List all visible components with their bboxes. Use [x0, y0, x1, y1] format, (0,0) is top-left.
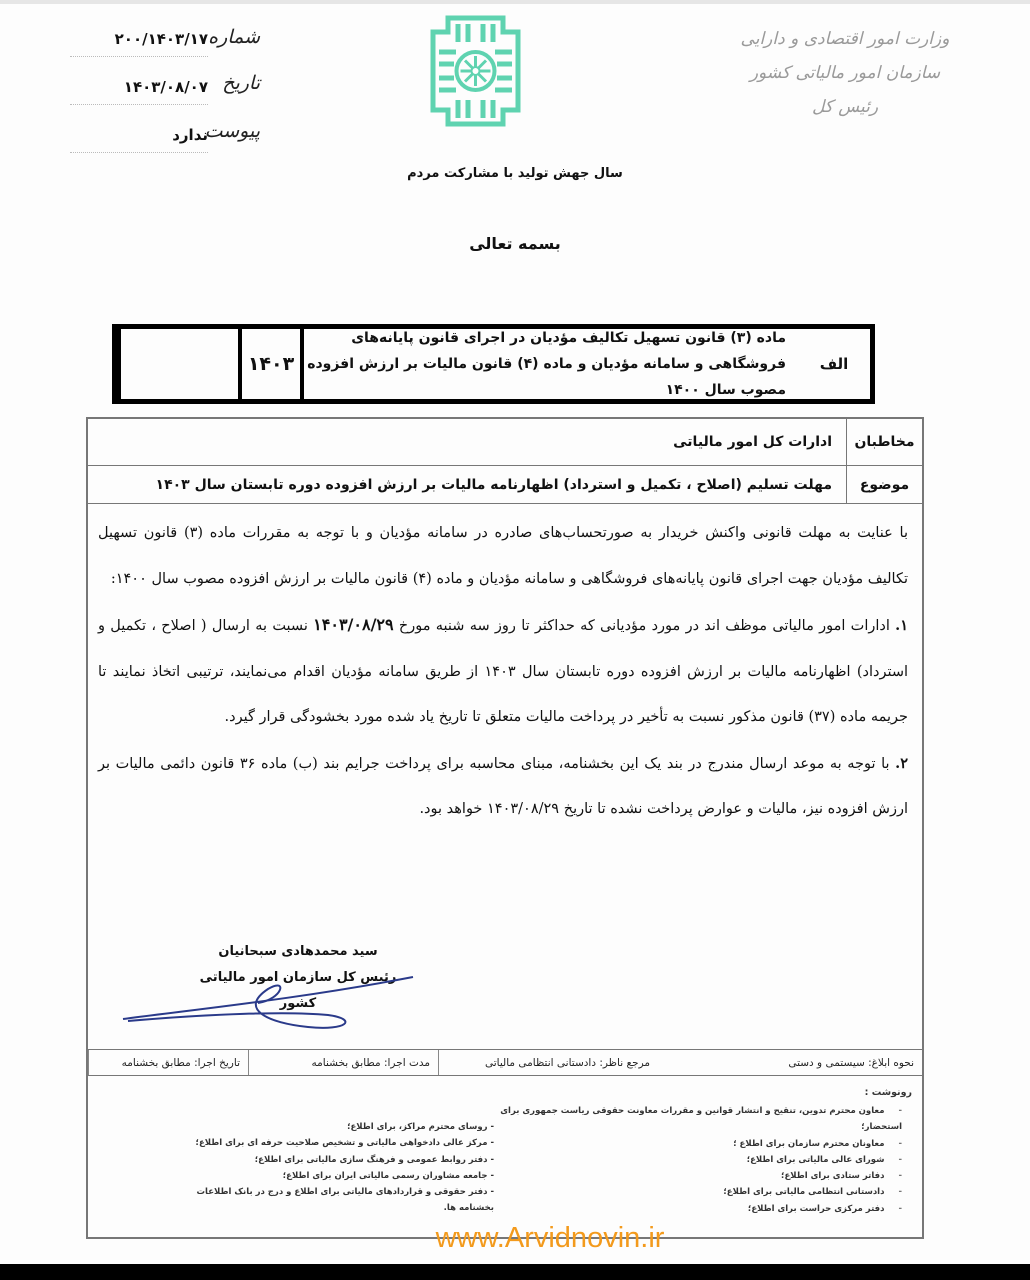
notification-method: نحوه ابلاغ: سیستمی و دستی [658, 1050, 922, 1075]
cc-item: دفتر مرکزی حراست برای اطلاع؛ [482, 1201, 902, 1217]
bottom-edge [0, 1264, 1030, 1280]
item-1: ۱. ادارات امور مالیاتی موظف اند در مورد … [98, 602, 908, 741]
letter-frame: مخاطبان ادارات کل امور مالیاتی موضوع مهل… [86, 417, 924, 1239]
item-2-text: با توجه به موعد ارسال مندرج در بند یک ای… [98, 756, 908, 818]
cc-item: مرکز عالی دادخواهی مالیاتی و تشخیص صلاحی… [194, 1135, 494, 1151]
intro-paragraph: با عنایت به مهلت قانونی واکنش خریدار به … [98, 511, 908, 602]
cc-list-left: روسای محترم مراکز، برای اطلاع؛ مرکز عالی… [194, 1119, 494, 1217]
execution-date: تاریخ اجرا: مطابق بخشنامه [88, 1050, 248, 1075]
execution-period: مدت اجرا: مطابق بخشنامه [248, 1050, 438, 1075]
meta-date-value: ۱۴۰۳/۰۸/۰۷ [124, 78, 208, 96]
cc-item: دادستانی انتظامی مالیاتی برای اطلاع؛ [482, 1184, 902, 1200]
cc-title: رونوشت : [865, 1087, 912, 1098]
website-watermark: www.Arvidnovin.ir [0, 1222, 1030, 1255]
item-1-deadline: ۱۴۰۳/۰۸/۲۹ [313, 615, 393, 634]
subject-value: مهلت تسلیم (اصلاح ، تکمیل و استرداد) اظه… [156, 466, 832, 503]
item-2: ۲. با توجه به موعد ارسال مندرج در بند یک… [98, 741, 908, 833]
subject-row: موضوع مهلت تسلیم (اصلاح ، تکمیل و استردا… [88, 466, 922, 504]
addressee-label: مخاطبان [846, 419, 922, 465]
circular-title-table: ۱۴۰۳ ماده (۳) قانون تسهیل تکالیف مؤدیان … [112, 324, 875, 404]
meta-attachment-value: ندارد [172, 126, 208, 144]
cc-item: معاون محترم تدوین، تنقیح و انتشار قوانین… [482, 1103, 902, 1136]
title-table-empty-cell [117, 329, 238, 399]
meta-attachment-label: پیوست [205, 120, 260, 142]
ministry-line: وزارت امور اقتصادی و دارایی [730, 22, 960, 56]
subject-label: موضوع [846, 466, 922, 503]
meta-attachment: پیوست ندارد [70, 118, 260, 166]
addressee-value: ادارات کل امور مالیاتی [673, 419, 832, 465]
execution-info-row: تاریخ اجرا: مطابق بخشنامه مدت اجرا: مطاب… [88, 1049, 922, 1076]
meta-number: شماره ۲۰۰/۱۴۰۳/۱۷ [70, 22, 260, 70]
cc-item: دفتر حقوقی و قراردادهای مالیاتی برای اطل… [194, 1184, 494, 1217]
cc-item: معاونان محترم سازمان برای اطلاع ؛ [482, 1136, 902, 1152]
cc-item: شورای عالی مالیاتی برای اطلاع؛ [482, 1152, 902, 1168]
dotted-line [70, 104, 208, 105]
title-table-subject: ماده (۳) قانون تسهیل تکالیف مؤدیان در اج… [300, 329, 798, 399]
year-slogan: سال جهش تولید با مشارکت مردم [0, 166, 1030, 181]
bismillah: بسمه تعالی [0, 234, 1030, 253]
tax-organization-logo-icon [428, 12, 523, 130]
item-1-text-a: ادارات امور مالیاتی موظف اند در مورد مؤد… [394, 618, 896, 634]
letter-meta: شماره ۲۰۰/۱۴۰۳/۱۷ تاریخ ۱۴۰۳/۰۸/۰۷ پیوست… [70, 22, 260, 166]
meta-date-label: تاریخ [222, 72, 260, 94]
cc-item: روسای محترم مراکز، برای اطلاع؛ [194, 1119, 494, 1135]
ministry-header: وزارت امور اقتصادی و دارایی سازمان امور … [730, 22, 960, 124]
dotted-line [70, 56, 208, 57]
cc-list-right: معاون محترم تدوین، تنقیح و انتشار قوانین… [482, 1103, 902, 1217]
organization-line: سازمان امور مالیاتی کشور [730, 56, 960, 90]
dotted-line [70, 152, 208, 153]
head-line: رئیس کل [730, 90, 960, 124]
addressee-row: مخاطبان ادارات کل امور مالیاتی [88, 419, 922, 466]
cc-item: دفتر روابط عمومی و فرهنگ سازی مالیاتی بر… [194, 1152, 494, 1168]
signature-icon [118, 959, 418, 1029]
cc-item: دفاتر ستادی برای اطلاع؛ [482, 1168, 902, 1184]
meta-number-value: ۲۰۰/۱۴۰۳/۱۷ [115, 30, 208, 48]
title-table-code: الف [798, 329, 870, 399]
top-edge [0, 0, 1030, 4]
title-table-year: ۱۴۰۳ [238, 329, 300, 399]
item-1-text-b: نسبت به ارسال ( اصلاح ، تکمیل و استرداد)… [98, 618, 908, 725]
meta-date: تاریخ ۱۴۰۳/۰۸/۰۷ [70, 70, 260, 118]
item-1-number: ۱. [895, 617, 908, 634]
letter-body: با عنایت به مهلت قانونی واکنش خریدار به … [98, 511, 908, 833]
cc-item: جامعه مشاوران رسمی مالیاتی ایران برای اط… [194, 1168, 494, 1184]
meta-number-label: شماره [208, 26, 260, 48]
item-2-number: ۲. [895, 755, 908, 772]
supervising-authority: مرجع ناظر: دادستانی انتظامی مالیاتی [438, 1050, 658, 1075]
